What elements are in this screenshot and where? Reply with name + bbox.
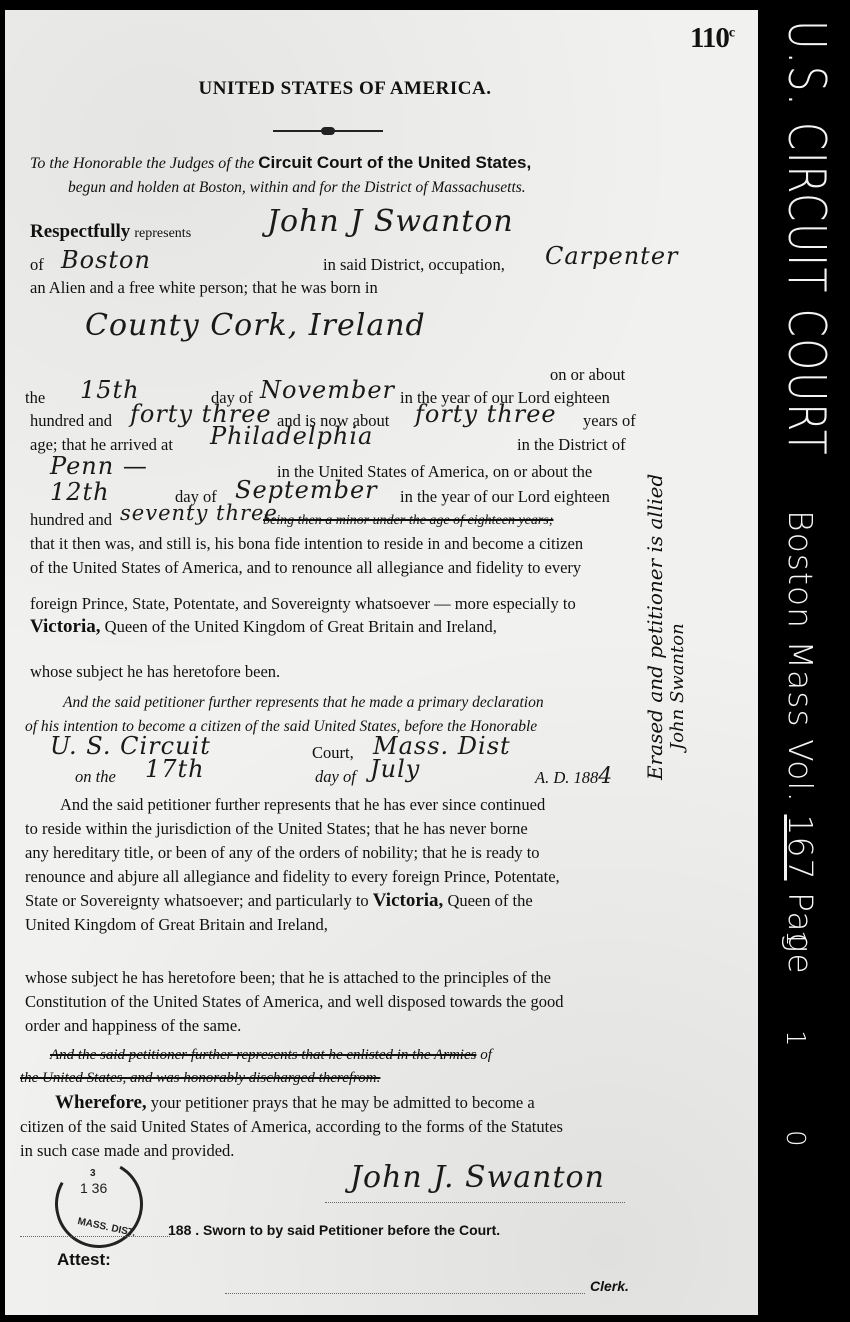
page-number: 110c bbox=[690, 22, 734, 55]
court-stamp bbox=[45, 1150, 153, 1258]
hundred-and-label-2: hundred and bbox=[30, 510, 112, 530]
date-line bbox=[20, 1236, 170, 1237]
intent-line: that it then was, and still is, his bona… bbox=[30, 534, 583, 554]
on-the-label: on the bbox=[75, 767, 116, 787]
wherefore-line-3: in such case made and provided. bbox=[20, 1141, 234, 1161]
film-strip-volume: Boston Mass Vol. 167 Page bbox=[781, 510, 820, 975]
foreign-line: foreign Prince, State, Potentate, and So… bbox=[30, 594, 576, 614]
arrival-district: Penn — bbox=[50, 452, 148, 480]
of-label: of bbox=[30, 255, 44, 275]
birth-month: November bbox=[260, 376, 395, 404]
clerk-line bbox=[225, 1293, 585, 1294]
minor-clause-struck: being then a minor under the age of eigh… bbox=[263, 511, 553, 531]
film-strip-page-digit-1: 1 bbox=[780, 930, 810, 947]
armies-clause-line-2: the United States, and was honorably dis… bbox=[20, 1068, 380, 1088]
arrival-month: September bbox=[235, 476, 378, 504]
film-strip-court: U.S. CIRCUIT COURT bbox=[776, 20, 836, 456]
district-occupation-label: in said District, occupation, bbox=[323, 255, 505, 275]
day-of-label-3: day of bbox=[315, 767, 356, 787]
wherefore-line-2: citizen of the said United States of Ame… bbox=[20, 1117, 563, 1137]
petitioner-signature: John J. Swanton bbox=[350, 1160, 605, 1195]
title-divider bbox=[273, 130, 383, 132]
residence-line-7: whose subject he has heretofore been; th… bbox=[25, 968, 551, 988]
arrival-day: 12th bbox=[50, 478, 110, 506]
year-lord-label-2: in the year of our Lord eighteen bbox=[400, 487, 610, 507]
years-of-label: years of bbox=[583, 411, 636, 431]
occupation: Carpenter bbox=[545, 242, 679, 270]
district-of-label: in the District of bbox=[517, 435, 626, 455]
residence-city: Boston bbox=[61, 246, 151, 274]
stamp-top: 3 bbox=[90, 1168, 96, 1179]
film-strip-page-digit-2: 1 bbox=[780, 1030, 810, 1047]
residence-line-1: And the said petitioner further represen… bbox=[60, 795, 545, 815]
arrival-city: Philadelphia bbox=[210, 422, 373, 450]
birthplace: County Cork, Ireland bbox=[85, 308, 426, 343]
on-or-about: on or about bbox=[550, 365, 625, 385]
armies-clause-line-1: And the said petitioner further represen… bbox=[50, 1045, 492, 1065]
arrival-year: seventy three bbox=[120, 501, 278, 525]
ad-label: A. D. 1884 bbox=[535, 767, 613, 788]
attest-label: Attest: bbox=[57, 1250, 111, 1270]
address-line-2: begun and holden at Boston, within and f… bbox=[68, 178, 526, 198]
renounce-line: of the United States of America, and to … bbox=[30, 558, 581, 578]
victoria-line: Victoria, Queen of the United Kingdom of… bbox=[30, 617, 497, 637]
margin-note-text-2: John Swanton bbox=[667, 623, 688, 750]
residence-line-5: State or Sovereignty whatsoever; and par… bbox=[25, 891, 533, 911]
clerk-label: Clerk. bbox=[590, 1276, 629, 1296]
court-label: Court, bbox=[312, 743, 354, 763]
signature-line bbox=[325, 1202, 625, 1203]
address-line-1: To the Honorable the Judges of the Circu… bbox=[30, 153, 531, 174]
hundred-and-label: hundred and bbox=[30, 411, 112, 431]
petitioner-name: John J Swanton bbox=[267, 204, 514, 239]
residence-line-9: order and happiness of the same. bbox=[25, 1016, 241, 1036]
declaration-line-1: And the said petitioner further represen… bbox=[63, 693, 544, 713]
the-label: the bbox=[25, 388, 45, 408]
age: forty three bbox=[415, 400, 557, 428]
alien-line: an Alien and a free white person; that h… bbox=[30, 278, 378, 298]
residence-line-6: United Kingdom of Great Britain and Irel… bbox=[25, 915, 328, 935]
wherefore-line-1: Wherefore, your petitioner prays that he… bbox=[55, 1093, 535, 1113]
film-strip-page-digit-3: 0 bbox=[780, 1130, 810, 1147]
document-title: UNITED STATES OF AMERICA. bbox=[135, 78, 555, 100]
residence-line-2: to reside within the jurisdiction of the… bbox=[25, 819, 528, 839]
residence-line-3: any hereditary title, or been of any of … bbox=[25, 843, 540, 863]
declaration-month: July bbox=[370, 755, 420, 783]
subject-line: whose subject he has heretofore been. bbox=[30, 662, 280, 682]
sworn-line: 188 . Sworn to by said Petitioner before… bbox=[168, 1220, 500, 1240]
residence-line-8: Constitution of the United States of Ame… bbox=[25, 992, 563, 1012]
petition-document: 110c UNITED STATES OF AMERICA. To the Ho… bbox=[5, 10, 758, 1315]
margin-note: Erased and petitioner is allied John Swa… bbox=[633, 310, 713, 780]
declaration-day: 17th bbox=[145, 755, 205, 783]
respectfully-line: Respectfully represents bbox=[30, 222, 191, 244]
stamp-date: 1 36 bbox=[80, 1180, 107, 1196]
residence-line-4: renounce and abjure all allegiance and f… bbox=[25, 867, 560, 887]
margin-note-text-1: Erased and petitioner is allied bbox=[643, 474, 667, 780]
